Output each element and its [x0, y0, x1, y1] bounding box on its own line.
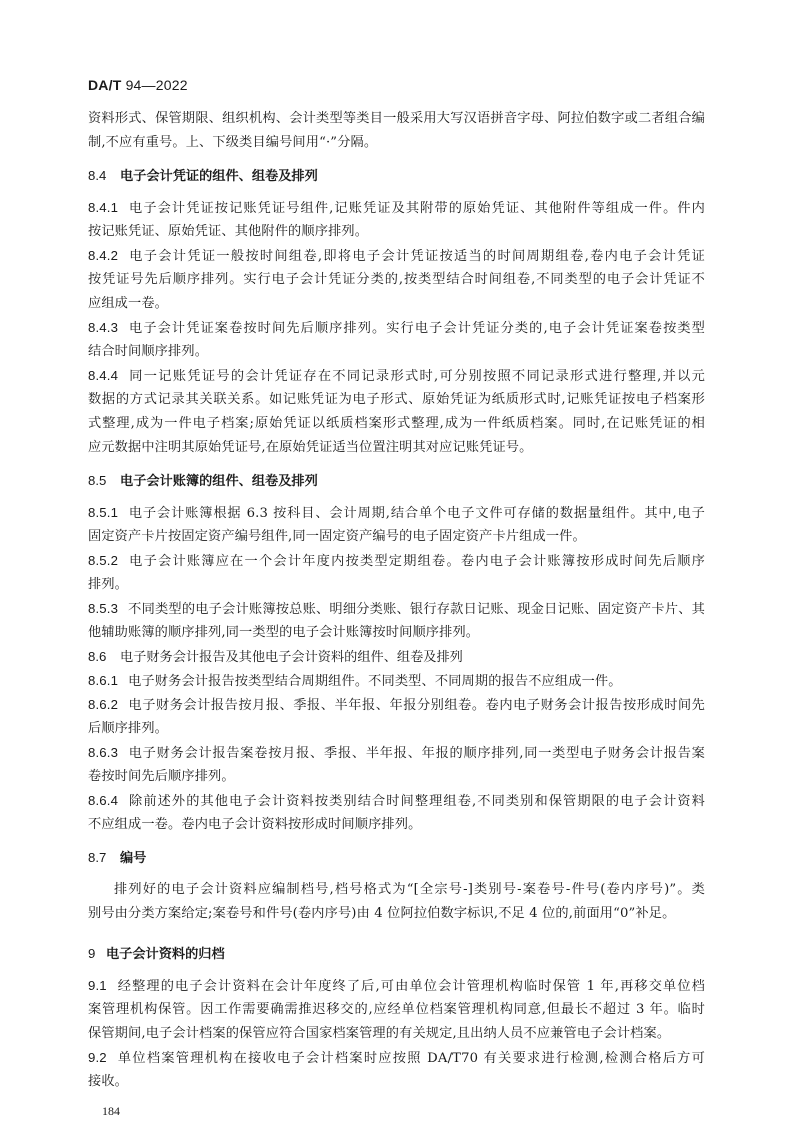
clause-8-6-3: 8.6.3电子财务会计报告案卷按月报、季报、半年报、年报的顺序排列,同一类型电子… — [88, 744, 705, 763]
page-number: 184 — [102, 1104, 120, 1119]
chapter-heading-9: 9电子会计资料的归档 — [88, 945, 225, 964]
paragraph-line: 制,不应有重号。上、下级类目编号间用“·”分隔。 — [88, 134, 705, 152]
clause-8-4-1: 8.4.1电子会计凭证按记账凭证号组件,记账凭证及其附带的原始凭证、其他附件等组… — [88, 199, 705, 218]
standard-number: 94—2022 — [126, 77, 188, 93]
clause-8-5-3: 8.5.3不同类型的电子会计账簿按总账、明细分类账、银行存款日记账、现金日记账、… — [88, 600, 705, 619]
paragraph-line: 结合时间顺序排列。 — [88, 343, 705, 361]
clause-8-6-4: 8.6.4除前述外的其他电子会计资料按类别结合时间整理组卷,不同类别和保管期限的… — [88, 792, 705, 811]
clause-9-2: 9.2单位档案管理机构在接收电子会计档案时应按照 DA/T70 有关要求进行检测… — [88, 1049, 705, 1068]
paragraph-line: 案管理机构保管。因工作需要确需推迟移交的,应经单位档案管理机构同意,但最长不超过… — [88, 1001, 705, 1019]
section-heading-8-4: 8.4电子会计凭证的组件、组卷及排列 — [88, 167, 318, 186]
paragraph-line: 他辅助账簿的顺序排列,同一类型的电子会计账簿按时间顺序排列。 — [88, 624, 705, 642]
paragraph-line: 资料形式、保管期限、组织机构、会计类型等类目一般采用大写汉语拼音字母、阿拉伯数字… — [88, 110, 705, 128]
paragraph-line: 卷按时间先后顺序排列。 — [88, 768, 705, 786]
clause-8-5-2: 8.5.2电子会计账簿应在一个会计年度内按类型定期组卷。卷内电子会计账簿按形成时… — [88, 552, 705, 571]
paragraph-line: 应组成一卷。 — [88, 295, 705, 313]
clause-8-6-1: 8.6.1电子财务会计报告按类型结合周期组件。不同类型、不同周期的报告不应组成一… — [88, 672, 705, 691]
clause-8-4-4: 8.4.4同一记账凭证号的会计凭证存在不同记录形式时,可分别按照不同记录形式进行… — [88, 367, 705, 386]
paragraph-line: 保管期间,电子会计档案的保管应符合国家档案管理的有关规定,且出纳人员不应兼管电子… — [88, 1025, 705, 1043]
paragraph-line: 排列好的电子会计资料应编制档号,档号格式为“[全宗号-]类别号-案卷号-件号(卷… — [88, 881, 705, 899]
standard-header: DA/T 94—2022 — [88, 77, 188, 93]
paragraph-line: 应元数据中注明其原始凭证号,在原始凭证适当位置注明其对应记账凭证号。 — [88, 439, 705, 457]
section-heading-8-7: 8.7编号 — [88, 849, 146, 868]
clause-8-4-2: 8.4.2电子会计凭证一般按时间组卷,即将电子会计凭证按适当的时间周期组卷,卷内… — [88, 247, 705, 266]
section-heading-8-5: 8.5电子会计账簿的组件、组卷及排列 — [88, 472, 318, 491]
paragraph-line: 排列。 — [88, 576, 705, 594]
paragraph-line: 式整理,成为一件电子档案;原始凭证以纸质档案形式整理,成为一件纸质档案。同时,在… — [88, 415, 705, 433]
paragraph-line: 接收。 — [88, 1073, 705, 1091]
standard-code: DA/T — [88, 77, 121, 93]
clause-8-5-1: 8.5.1电子会计账簿根据 6.3 按科目、会计周期,结合单个电子文件可存储的数… — [88, 504, 705, 523]
paragraph-line: 按凭证号先后顺序排列。实行电子会计凭证分类的,按类型结合时间组卷,不同类型的电子… — [88, 271, 705, 289]
paragraph-line: 别号由分类方案给定;案卷号和件号(卷内序号)由 4 位阿拉伯数字标识,不足 4 … — [88, 905, 705, 923]
paragraph-line: 数据的方式记录其关联关系。如记账凭证为电子形式、原始凭证为纸质形式时,记账凭证按… — [88, 391, 705, 409]
paragraph-line: 不应组成一卷。卷内电子会计资料按形成时间顺序排列。 — [88, 816, 705, 834]
clause-9-1: 9.1经整理的电子会计资料在会计年度终了后,可由单位会计管理机构临时保管 1 年… — [88, 977, 705, 996]
clause-8-4-3: 8.4.3电子会计凭证案卷按时间先后顺序排列。实行电子会计凭证分类的,电子会计凭… — [88, 319, 705, 338]
paragraph-line: 固定资产卡片按固定资产编号组件,同一固定资产编号的电子固定资产卡片组成一件。 — [88, 528, 705, 546]
section-heading-8-6: 8.6电子财务会计报告及其他电子会计资料的组件、组卷及排列 — [88, 648, 463, 667]
clause-8-6-2: 8.6.2电子财务会计报告按月报、季报、半年报、年报分别组卷。卷内电子财务会计报… — [88, 696, 705, 715]
paragraph-line: 后顺序排列。 — [88, 720, 705, 738]
paragraph-line: 按记账凭证、原始凭证、其他附件的顺序排列。 — [88, 223, 705, 241]
